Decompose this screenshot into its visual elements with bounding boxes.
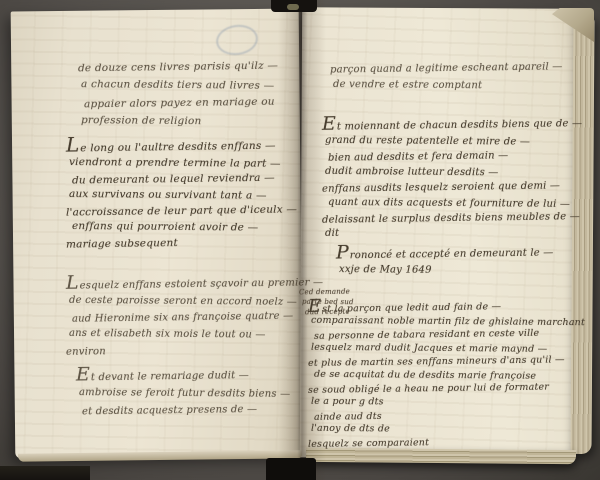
paragraph: Et moiennant de chacun desdits biens que…: [322, 117, 582, 242]
handwritten-line: dit: [325, 225, 582, 243]
paragraph: de douze cens livres parisis qu'ilz —a c…: [78, 58, 278, 130]
paragraph: parçon quand a legitime escheant apareil…: [330, 60, 562, 94]
book-cover-edge: [0, 466, 90, 480]
dated-closing-paragraph: Prononcé et accepté en demeurant le —xxj…: [336, 246, 553, 279]
handwritten-line: environ: [66, 341, 323, 361]
handwritten-line: de douze cens livres parisis qu'ilz —: [78, 57, 278, 78]
headband-icon: [287, 4, 299, 10]
act-paragraph: Est la parçon que ledit aud fain de —com…: [308, 300, 585, 450]
handwritten-line: appaier alors payez en mariage ou: [84, 93, 278, 114]
manuscript-photo: de douze cens livres parisis qu'ilz —a c…: [0, 0, 600, 480]
handwritten-line: et desdits acquestz presens de —: [82, 401, 291, 421]
handwritten-line: Lesquelz enffans estoient sçavoir au pre…: [66, 274, 323, 295]
handwritten-line: lesquelz se comparaient: [308, 434, 585, 451]
handwritten-line: xxje de May 1649: [339, 262, 554, 280]
handwritten-line: de vendre et estre comptant: [333, 76, 563, 95]
handwritten-line: a chacun desdits tiers aud livres —: [81, 75, 278, 95]
paragraph: Et devant le remariage dudit —ambroise s…: [76, 368, 290, 419]
handwritten-line: profession de religion: [81, 111, 278, 131]
handwritten-line: mariage subsequent: [66, 233, 297, 252]
paragraph: Lesquelz enffans estoient sçavoir au pre…: [66, 276, 323, 360]
paragraph: Le long ou l'aultre desdits enffans —vie…: [66, 138, 297, 251]
binding-spine-bottom: [266, 458, 316, 480]
binding-spine-top: [271, 0, 317, 12]
